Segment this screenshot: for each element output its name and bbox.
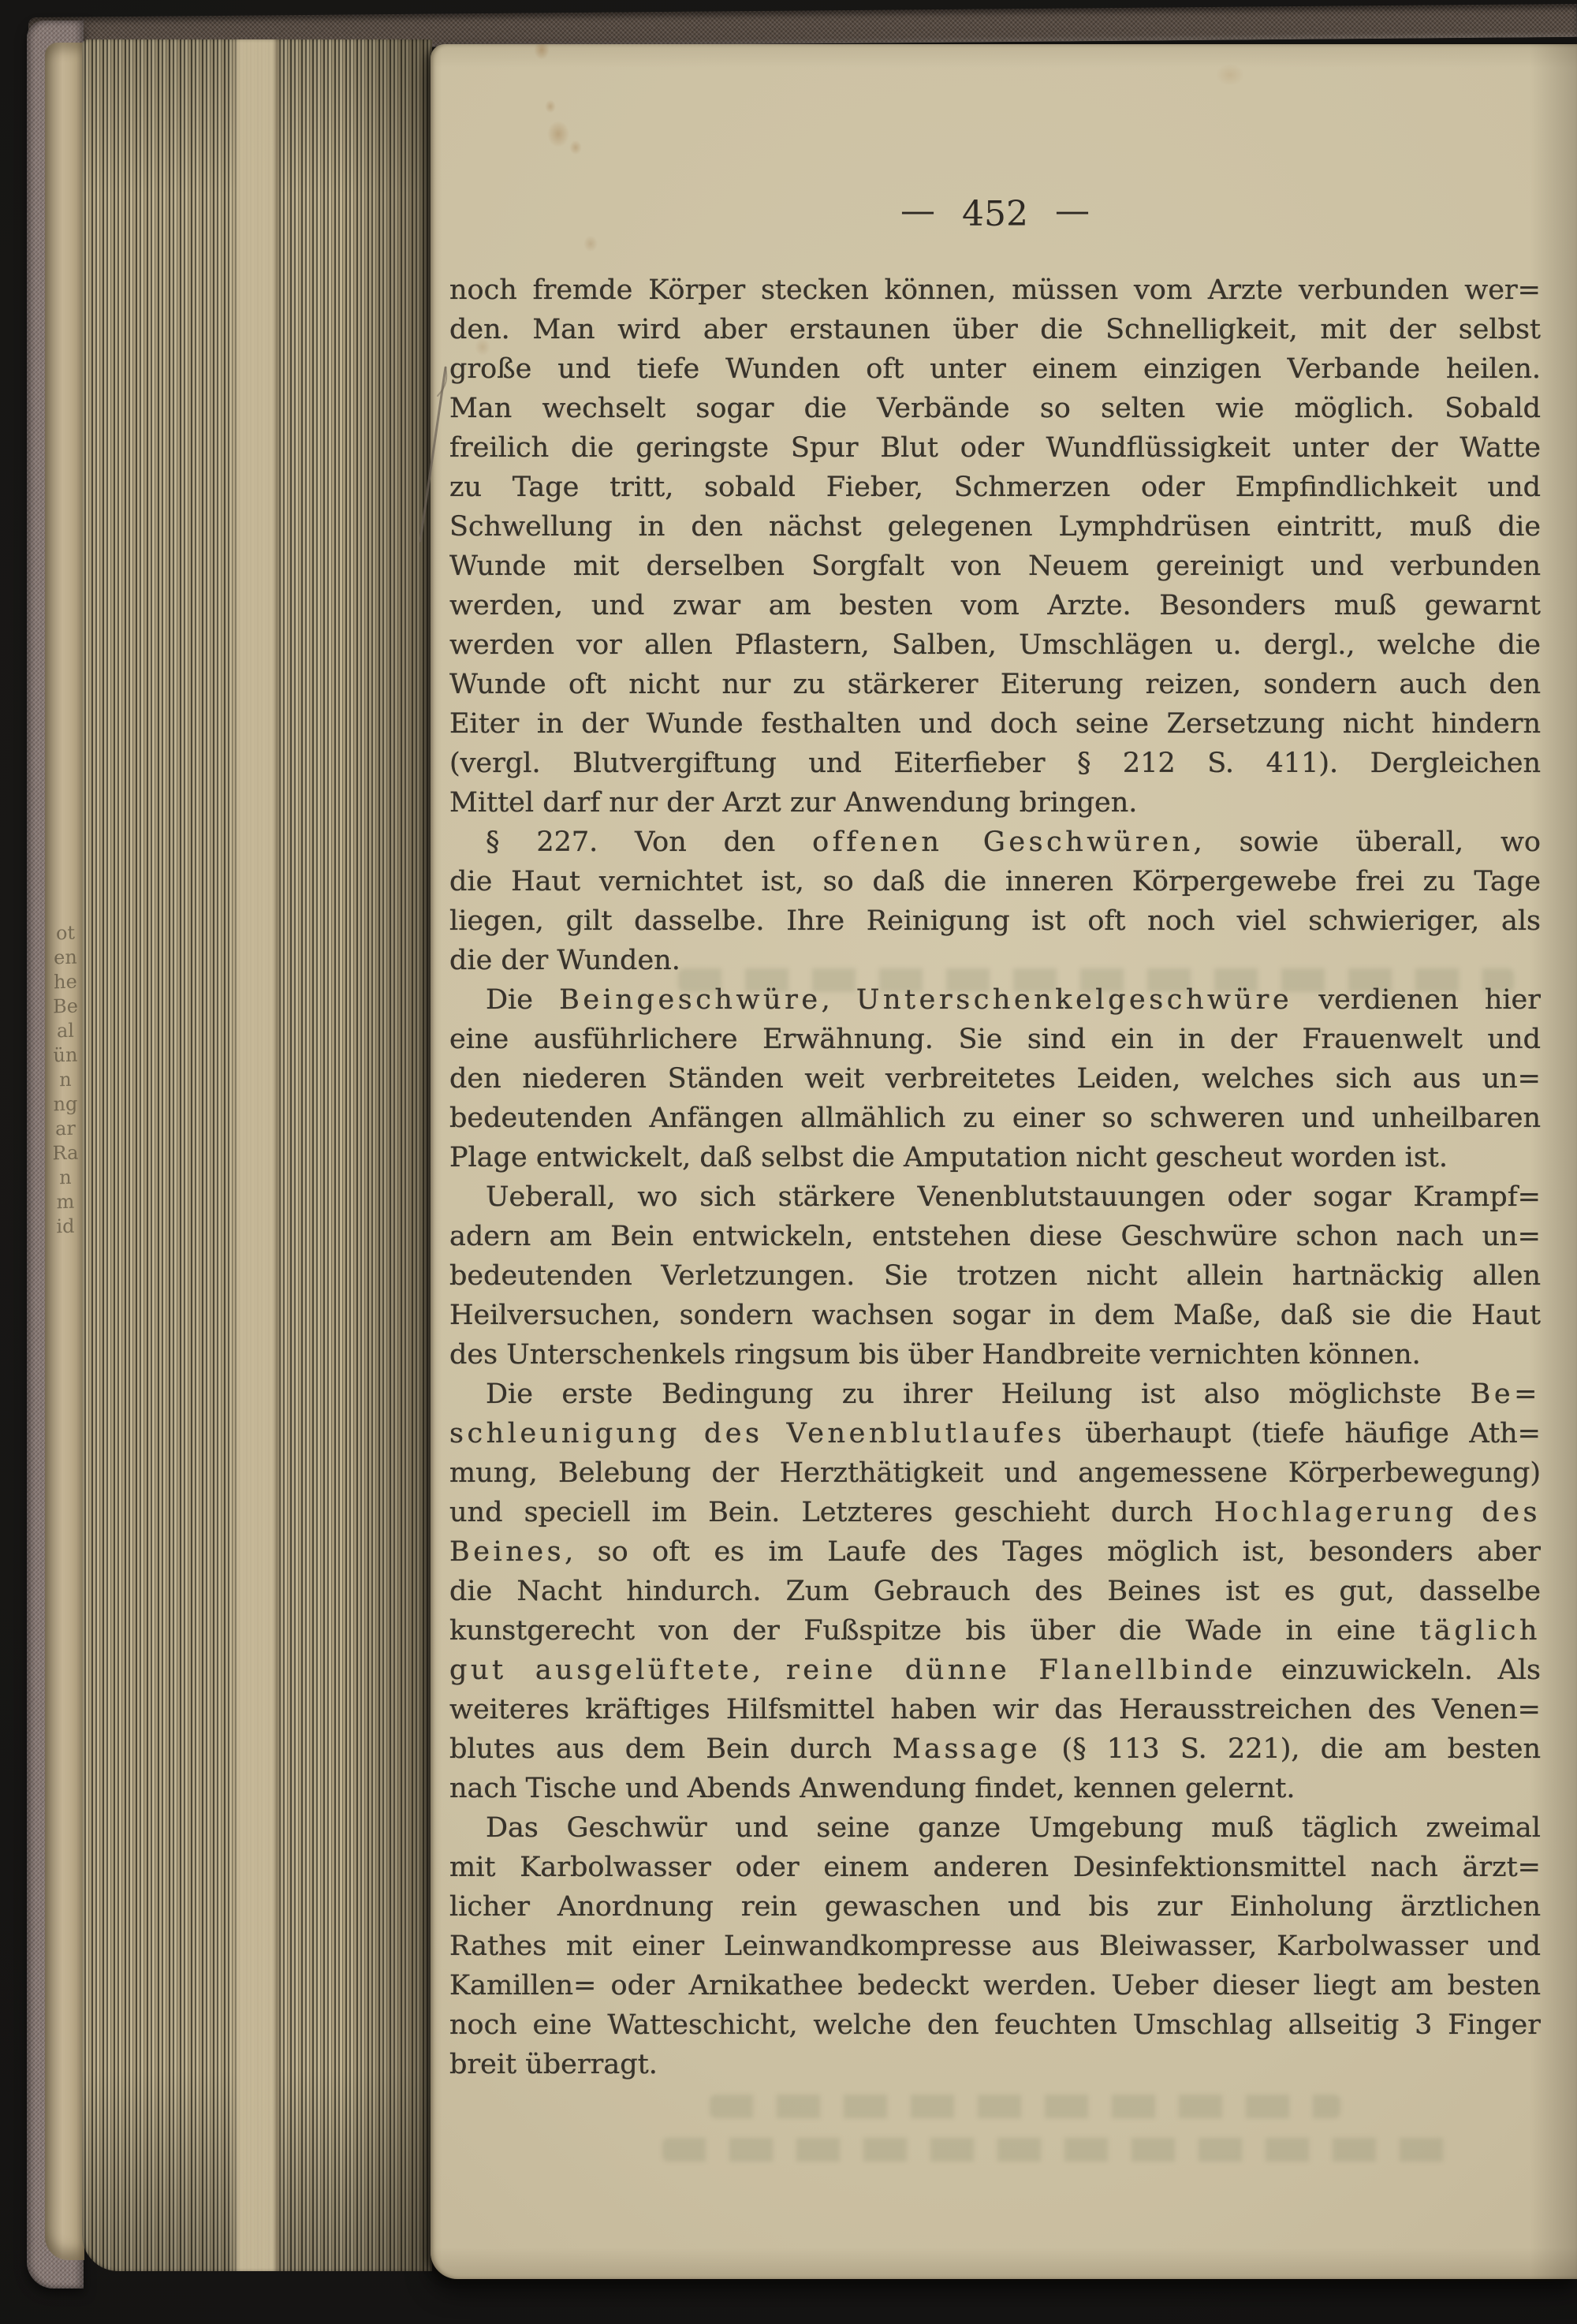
text-line: nach Tische und Abends Anwendung findet,…: [449, 1769, 1541, 1808]
text-line: noch fremde Körper stecken können, müsse…: [449, 270, 1541, 310]
text-line: Die Beingeschwüre, Unterschenkelgeschwür…: [449, 980, 1541, 1020]
text-line: schleunigung des Venenblutlaufes überhau…: [449, 1414, 1541, 1453]
text-line: Die erste Bedingung zu ihrer Heilung ist…: [449, 1375, 1541, 1414]
text-line: gut ausgelüftete, reine dünne Flanellbin…: [449, 1651, 1541, 1690]
text-line: kunstgerecht von der Fußspitze bis über …: [449, 1611, 1541, 1651]
text-line: Plage entwickelt, daß selbst die Amputat…: [449, 1138, 1541, 1177]
verso-showthrough: [662, 2138, 1459, 2162]
text-line: Mittel darf nur der Arzt zur Anwendung b…: [449, 783, 1541, 823]
text-line: die Haut vernichtet ist, so daß die inne…: [449, 862, 1541, 901]
text-line: eine ausführlichere Erwähnung. Sie sind …: [449, 1020, 1541, 1059]
edge-fragment: he: [50, 969, 81, 994]
edge-fragment: ün: [50, 1043, 81, 1068]
text-line: weiteres kräftiges Hilfsmittel haben wir…: [449, 1690, 1541, 1729]
paragraph: Das Geschwür und seine ganze Umgebung mu…: [449, 1808, 1541, 2084]
text-line: des Unterschenkels ringsum bis über Hand…: [449, 1335, 1541, 1375]
text-line: noch eine Watteschicht, welche den feuch…: [449, 2005, 1541, 2045]
edge-fragment: id: [50, 1214, 81, 1239]
fore-edge-strip: ot en he Be al ün n ng ar Ra n m id: [45, 43, 84, 2260]
page-number-header: —452—: [449, 194, 1541, 234]
text-line: Eiter in der Wunde festhalten und doch s…: [449, 704, 1541, 744]
text-line: Wunde oft nicht nur zu stärkerer Eiterun…: [449, 665, 1541, 704]
margin-pencil-mark: [413, 361, 454, 547]
edge-fragment: ar: [50, 1116, 81, 1141]
book-page: —452— noch fremde Körper stecken können,…: [431, 44, 1577, 2279]
edge-fragment: n: [50, 1165, 81, 1190]
text-line: breit überragt.: [449, 2045, 1541, 2084]
text-line: liegen, gilt dasselbe. Ihre Reinigung is…: [449, 901, 1541, 941]
text-line: adern am Bein entwickeln, entstehen dies…: [449, 1217, 1541, 1256]
text-line: Kamillen= oder Arnikathee bedeckt werden…: [449, 1966, 1541, 2005]
text-line: blutes aus dem Bein durch Massage (§ 113…: [449, 1729, 1541, 1769]
edge-fragment: m: [50, 1189, 81, 1214]
text-line: Heilversuchen, sondern wachsen sogar in …: [449, 1296, 1541, 1335]
text-block: noch fremde Körper stecken können, müsse…: [449, 270, 1541, 2084]
edge-fragment: Be: [50, 994, 81, 1019]
text-line: werden vor allen Pflastern, Salben, Umsc…: [449, 625, 1541, 665]
text-line: den niederen Ständen weit verbreitetes L…: [449, 1059, 1541, 1099]
text-line: Man wechselt sogar die Verbände so selte…: [449, 389, 1541, 428]
text-line: Schwellung in den nächst gelegenen Lymph…: [449, 507, 1541, 546]
paragraph: Die Beingeschwüre, Unterschenkelgeschwür…: [449, 980, 1541, 1177]
text-line: bedeutenden Anfängen allmählich zu einer…: [449, 1099, 1541, 1138]
edge-fragment: n: [50, 1067, 81, 1092]
text-line: freilich die geringste Spur Blut oder Wu…: [449, 428, 1541, 468]
text-line: zu Tage tritt, sobald Fieber, Schmerzen …: [449, 468, 1541, 507]
text-line: die der Wunden.: [449, 941, 1541, 980]
edge-fragment: al: [50, 1018, 81, 1043]
page-number: 452: [962, 194, 1028, 234]
paragraph: Die erste Bedingung zu ihrer Heilung ist…: [449, 1375, 1541, 1808]
text-line: Beines, so oft es im Laufe des Tages mög…: [449, 1532, 1541, 1572]
text-line: den. Man wird aber erstaunen über die Sc…: [449, 310, 1541, 349]
text-line: licher Anordnung rein gewaschen und bis …: [449, 1887, 1541, 1927]
edge-fragment-column: ot en he Be al ün n ng ar Ra n m id: [50, 920, 81, 1239]
edge-fragment: ot: [50, 920, 81, 946]
text-line: mung, Belebung der Herzthätigkeit und an…: [449, 1453, 1541, 1493]
paragraph: noch fremde Körper stecken können, müsse…: [449, 270, 1541, 823]
text-line: § 227. Von den offenen Geschwüren, sowie…: [449, 823, 1541, 862]
text-line: werden, und zwar am besten vom Arzte. Be…: [449, 586, 1541, 625]
verso-showthrough: [710, 2095, 1340, 2118]
header-dash-right: —: [1055, 191, 1090, 231]
text-line: Wunde mit derselben Sorgfalt von Neuem g…: [449, 546, 1541, 586]
text-line: große und tiefe Wunden oft unter einem e…: [449, 349, 1541, 389]
text-line: mit Karbolwasser oder einem anderen Desi…: [449, 1848, 1541, 1887]
text-line: bedeutenden Verletzungen. Sie trotzen ni…: [449, 1256, 1541, 1296]
header-dash-left: —: [900, 191, 935, 231]
text-line: Rathes mit einer Leinwandkompresse aus B…: [449, 1927, 1541, 1966]
book-photo: ot en he Be al ün n ng ar Ra n m id —452…: [0, 0, 1577, 2324]
edge-fragment: ng: [50, 1091, 81, 1117]
paragraph: § 227. Von den offenen Geschwüren, sowie…: [449, 823, 1541, 980]
text-line: und speciell im Bein. Letzteres geschieh…: [449, 1493, 1541, 1532]
paragraph: Ueberall, wo sich stärkere Venenblutstau…: [449, 1177, 1541, 1375]
page-edge-stack: [82, 39, 432, 2271]
text-line: die Nacht hindurch. Zum Gebrauch des Bei…: [449, 1572, 1541, 1611]
text-line: (vergl. Blutvergiftung und Eiterfieber §…: [449, 744, 1541, 783]
text-line: Das Geschwür und seine ganze Umgebung mu…: [449, 1808, 1541, 1848]
edge-fragment: en: [50, 945, 81, 970]
text-line: Ueberall, wo sich stärkere Venenblutstau…: [449, 1177, 1541, 1217]
edge-fragment: Ra: [50, 1140, 81, 1166]
